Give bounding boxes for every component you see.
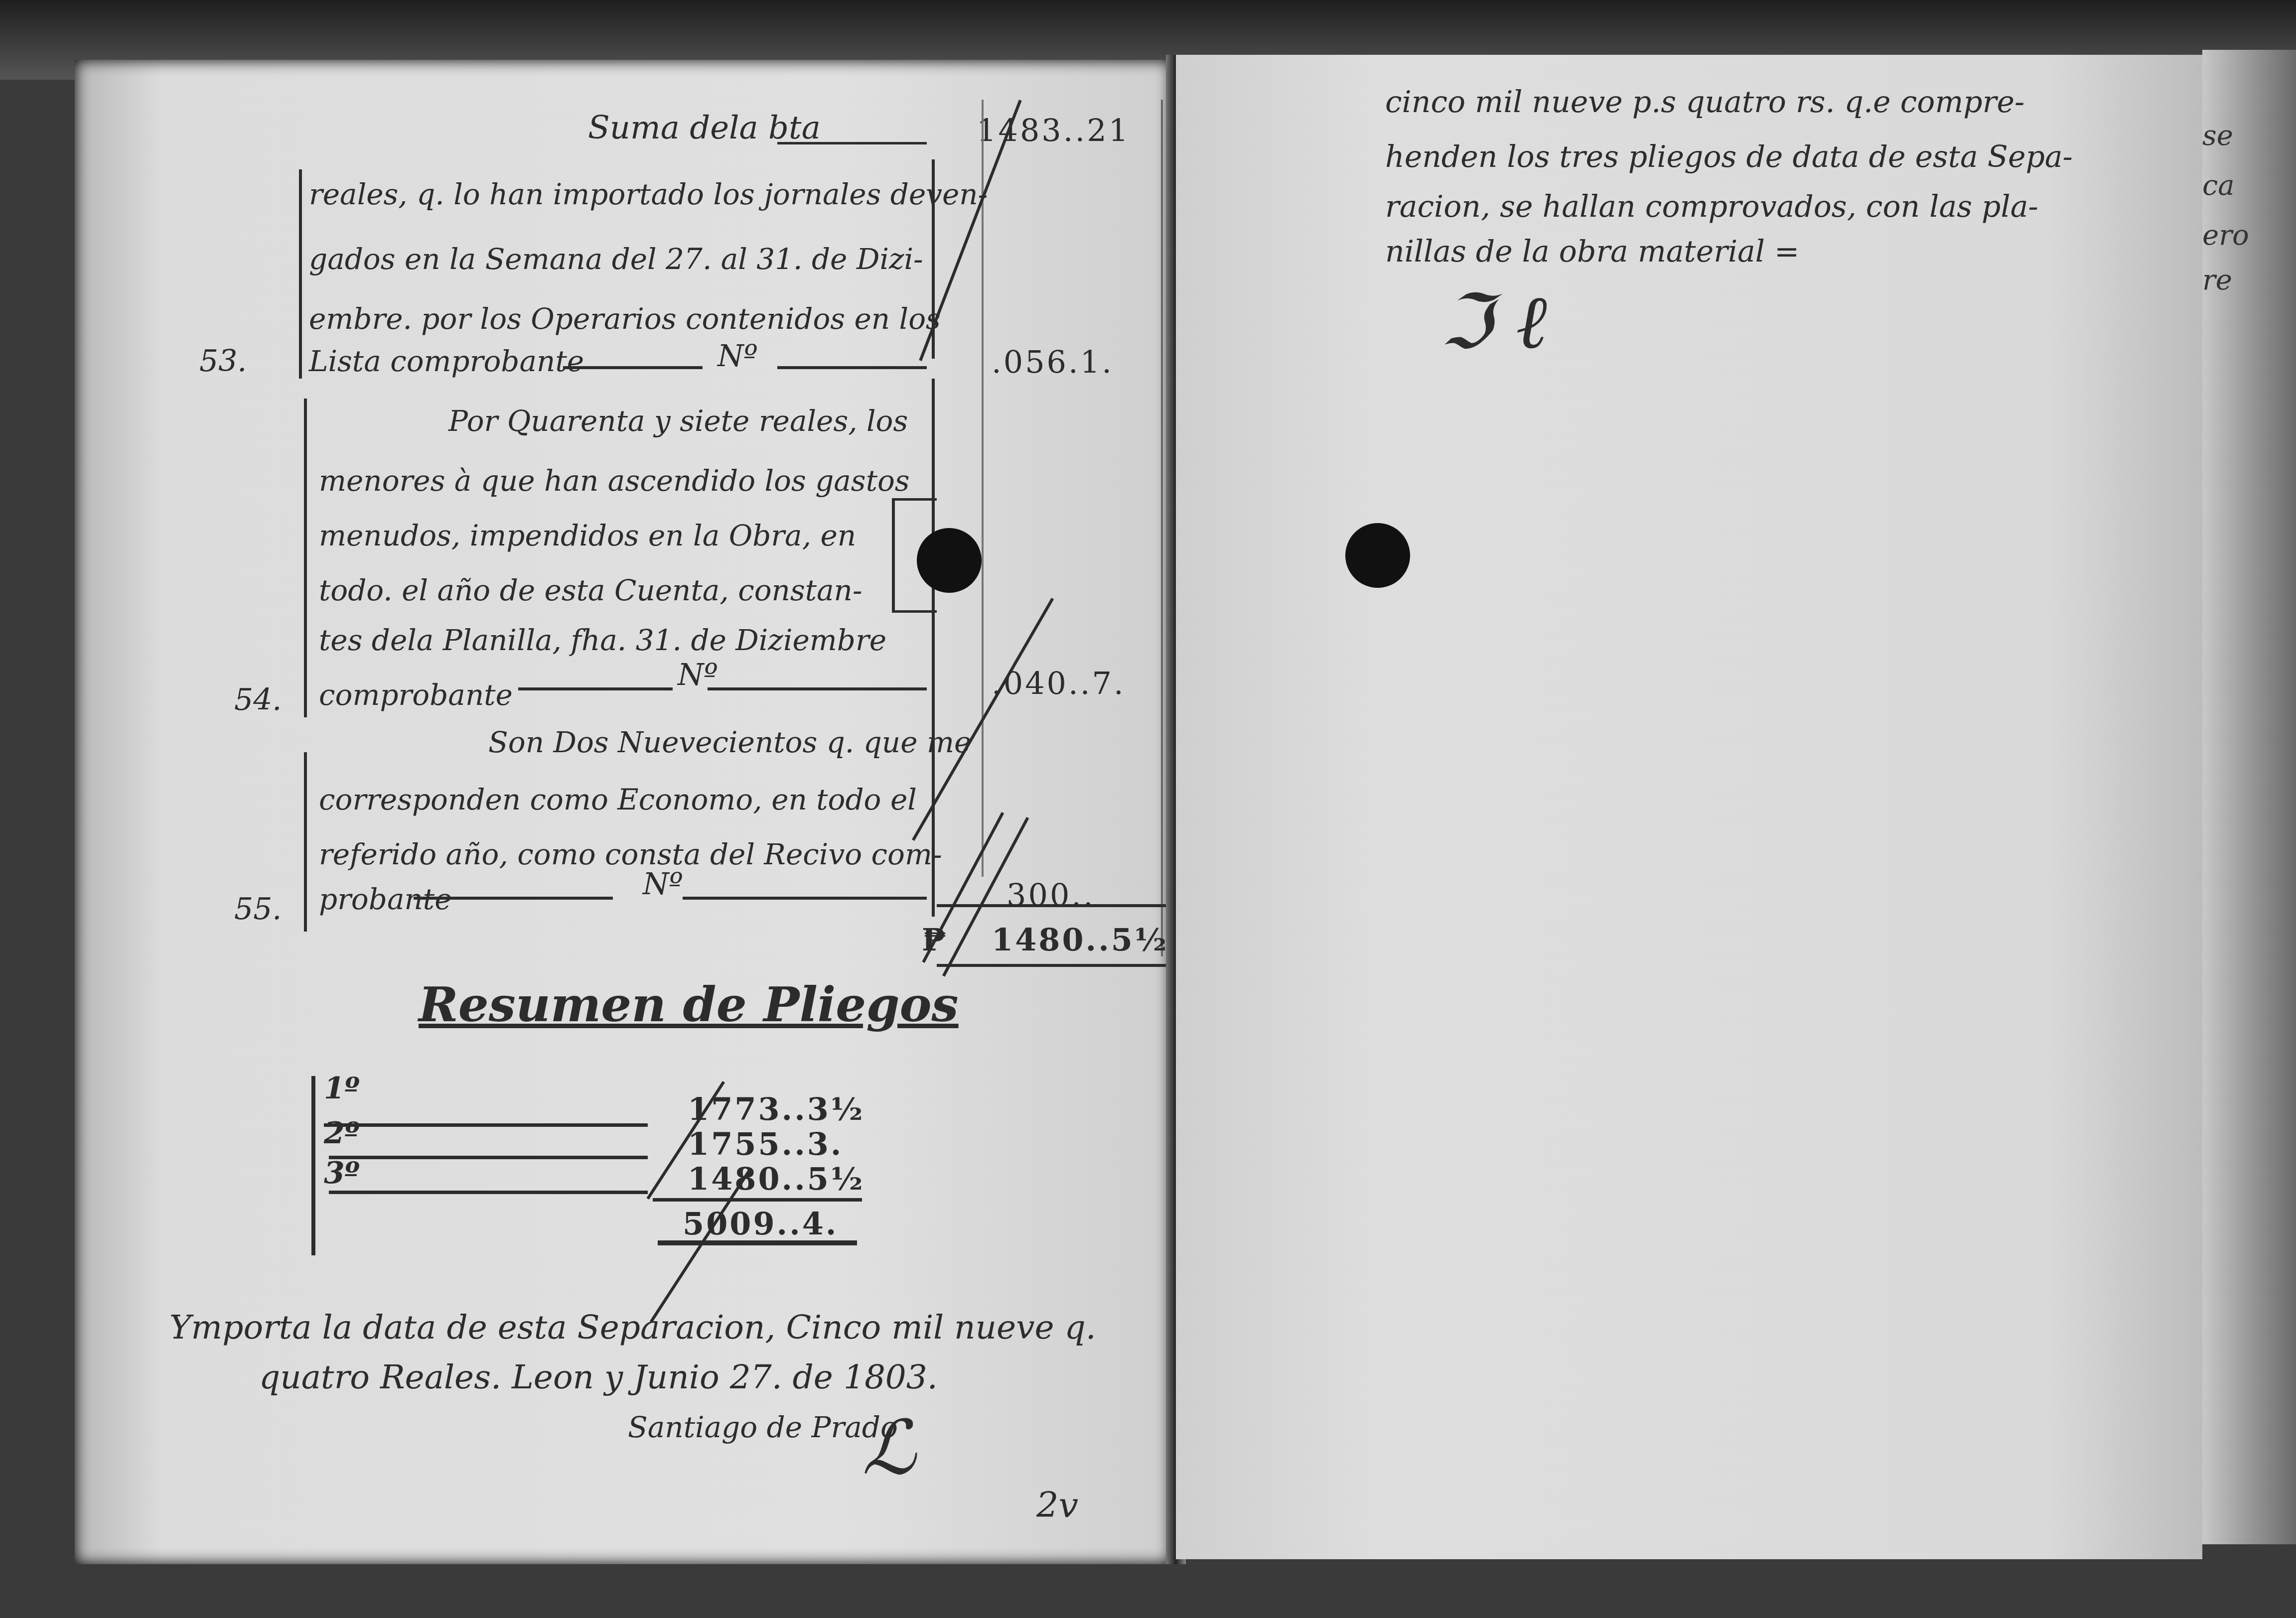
edge-fragment-4: re [2202, 264, 2232, 296]
entry-55-amount: 300.. [1006, 877, 1095, 913]
signature-rubric: ℒ [862, 1405, 916, 1491]
summary-row-3-amount: 1480..5½ [688, 1161, 865, 1197]
page-total-amount: 1480..5½ [992, 922, 1169, 958]
entry-54-bracket [304, 399, 307, 717]
right-rubric: ℑ ℓ [1440, 279, 1547, 366]
edge-fragment-1: se [2202, 120, 2233, 152]
page-total-rule [937, 904, 1166, 907]
entry-53-line-1: reales, q. lo han importado los jornales… [309, 162, 988, 227]
entry-55-rule-a [414, 897, 613, 900]
entry-53-amount: .056.1. [992, 344, 1114, 380]
summary-row-2-amount: 1755..3. [688, 1126, 843, 1162]
entry-55-number: 55. [234, 892, 282, 927]
summary-row-2-label: 2º [324, 1116, 360, 1151]
entry-55-ref: Nº [643, 867, 683, 902]
punch-hole-right [1345, 523, 1410, 588]
page-total-symbol: ₱ [922, 922, 948, 958]
header-amount: 1483..21 [977, 112, 1130, 148]
folio-mark: 2v [1036, 1484, 1078, 1525]
entry-54-line-6: comprobante [319, 663, 513, 727]
entry-54-rule-b [708, 687, 927, 690]
notch-top [892, 498, 937, 501]
summary-bracket [311, 1076, 315, 1255]
punch-hole-left [917, 528, 982, 593]
entry-55-line-1: Son Dos Nuevecientos q. que me [488, 710, 971, 775]
entry-53-rule-b [777, 366, 927, 369]
entry-53-rule-a [563, 366, 703, 369]
entry-53-ref: Nº [717, 339, 758, 374]
summary-subtotal-rule [653, 1198, 862, 1202]
page-total-underline [937, 964, 1166, 967]
signature-name: Santiago de Prado [628, 1395, 898, 1460]
summary-row-2-rule [329, 1156, 648, 1159]
entry-54-rule-a [518, 687, 673, 690]
entry-53-number: 53. [199, 344, 247, 379]
summary-row-3-rule [329, 1191, 648, 1194]
notch-bottom [892, 610, 937, 613]
right-line-4: nillas de la obra material = [1385, 219, 1799, 284]
page-margin-rule [1161, 100, 1163, 956]
entry-54-number: 54. [234, 682, 282, 717]
entry-53-line-2: gados en la Semana del 27. al 31. de Diz… [309, 227, 923, 291]
summary-row-1-label: 1º [324, 1071, 360, 1106]
entry-55-rule-b [683, 897, 927, 900]
header-rule [777, 142, 927, 144]
edge-fragment-3: ero [2202, 219, 2249, 252]
header-label: Suma dela bta [588, 110, 821, 146]
entry-53-line-4: Lista comprobante [309, 329, 584, 394]
entry-53-bracket [299, 169, 302, 379]
summary-row-1-rule [324, 1123, 648, 1127]
entry-55-bracket [304, 752, 307, 932]
summary-title: Resumen de Pliegos [419, 976, 959, 1033]
summary-row-3-label: 3º [324, 1156, 360, 1191]
edge-fragment-2: ca [2202, 169, 2235, 202]
entry-54-line-1: Por Quarenta y siete reales, los [448, 389, 908, 453]
summary-total-underline [658, 1240, 857, 1245]
notch-side [892, 498, 895, 613]
